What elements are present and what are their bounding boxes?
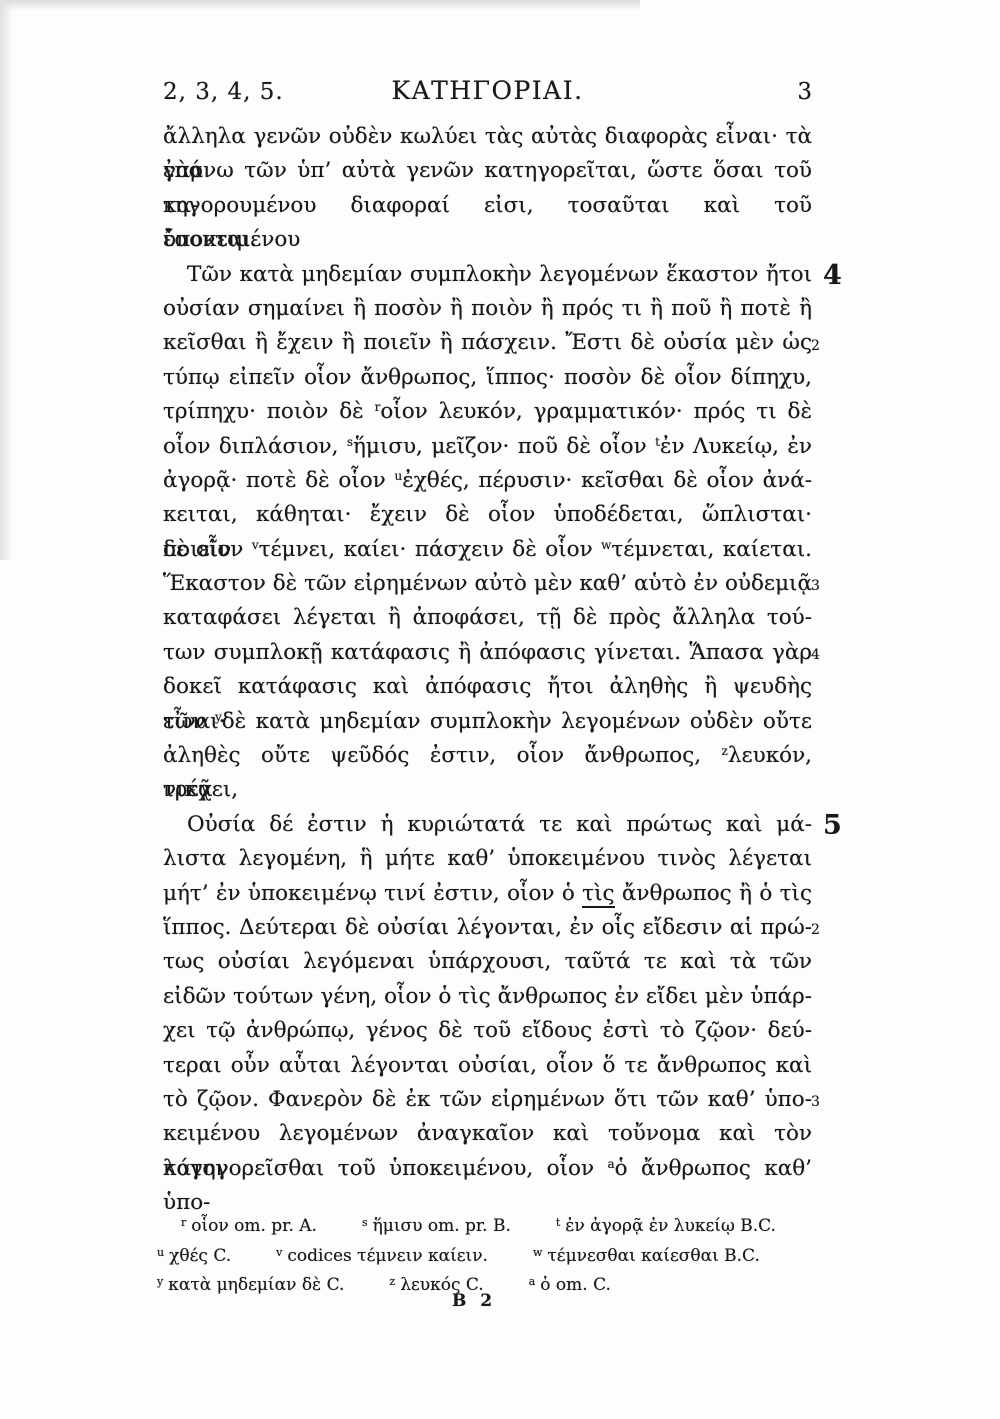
paragraph: Οὐσία δέ ἐστιν ἡ κυριώτατά τε καὶ πρώτως… — [163, 808, 812, 1186]
text-line: τεραι οὖν αὗται λέγονται οὐσίαι, οἷον ὅ … — [163, 1049, 812, 1083]
footnote-text: οἷον om. pr. A. — [191, 1216, 317, 1236]
text-line: οὐσίαν σημαίνει ἢ ποσὸν ἢ ποιὸν ἢ πρός τ… — [163, 292, 812, 326]
margin-section-number: 5 — [823, 808, 867, 842]
footnote-mark: z — [389, 1275, 395, 1288]
footnote-text: τέμνεσθαι καίεσθαι B.C. — [547, 1246, 759, 1266]
text-line: κειται, κάθηται· ἔχειν δὲ οἷον ὑποδέδετα… — [163, 498, 812, 532]
text-line: λιστα λεγομένη, ἣ μήτε καθ’ ὑποκειμένου … — [163, 842, 812, 876]
footnote-row: rοἷον om. pr. A.sἥμισυ om. pr. B.tἐν ἀγο… — [157, 1210, 847, 1240]
text-line: τρίπηχυ· ποιὸν δὲ rοἷον λευκόν, γραμματι… — [163, 395, 812, 429]
line-section-number: 2 — [811, 334, 835, 358]
text-line: ἔσονται. — [163, 223, 812, 257]
footnote-item: wτέμνεσθαι καίεσθαι B.C. — [533, 1240, 760, 1270]
footnote-marker: w — [601, 538, 611, 552]
footnote-text: ἐν ἀγορᾷ ἐν λυκείῳ B.C. — [565, 1216, 776, 1236]
text-line: τύπῳ εἰπεῖν οἷον ἄνθρωπος, ἵππος· ποσὸν … — [163, 361, 812, 395]
text-line: τὸ ζῷον. Φανερὸν δὲ ἐκ τῶν εἰρημένων ὅτι… — [163, 1083, 812, 1117]
text-line: κειμένου λεγομένων ἀναγκαῖον καὶ τοὔνομα… — [163, 1117, 812, 1151]
footnote-row: yκατὰ μηδεμίαν δὲ C.zλευκός C.aὁ om. C. — [157, 1269, 847, 1299]
footnote-text: ὁ om. C. — [540, 1275, 611, 1295]
footnote-mark: v — [276, 1246, 282, 1259]
critical-apparatus: rοἷον om. pr. A.sἥμισυ om. pr. B.tἐν ἀγο… — [157, 1210, 847, 1299]
text-line: Τῶν κατὰ μηδεμίαν συμπλοκὴν λεγομένων ἕκ… — [163, 258, 812, 292]
text-line: μήτ’ ἐν ὑποκειμένῳ τινί ἐστιν, οἷον ὁ τὶ… — [163, 877, 812, 911]
text-line: ἐπάνω τῶν ὑπ’ αὐτὰ γενῶν κατηγορεῖται, ὥ… — [163, 154, 812, 188]
footnote-item: yκατὰ μηδεμίαν δὲ C. — [157, 1269, 344, 1299]
footnote-row: uχθές C.vcodices τέμνειν καίειν.wτέμνεσθ… — [157, 1240, 847, 1270]
text-line: τῶν yδὲ κατὰ μηδεμίαν συμπλοκὴν λεγομένω… — [163, 705, 812, 739]
text-line: ἵππος. Δεύτεραι δὲ οὐσίαι λέγονται, ἐν ο… — [163, 911, 812, 945]
footnote-item: rοἷον om. pr. A. — [181, 1210, 317, 1240]
text-line: καταφάσει λέγεται ἢ ἀποφάσει, τῇ δὲ πρὸς… — [163, 601, 812, 635]
footnote-mark: s — [362, 1216, 368, 1229]
text-line: Οὐσία δέ ἐστιν ἡ κυριώτατά τε καὶ πρώτως… — [163, 808, 812, 842]
line-section-number: 3 — [811, 1090, 835, 1114]
text-line: ἀγορᾷ· ποτὲ δὲ οἷον uἐχθές, πέρυσιν· κεῖ… — [163, 464, 812, 498]
footnote-item: aὁ om. C. — [529, 1269, 611, 1299]
footnote-marker: u — [394, 469, 402, 483]
text-line: κατηγορεῖσθαι τοῦ ὑποκειμένου, οἷον aὁ ἄ… — [163, 1152, 812, 1186]
footnote-marker: s — [347, 435, 353, 449]
text-line: τως οὐσίαι λεγόμεναι ὑπάρχουσι, ταῦτά τε… — [163, 945, 812, 979]
footnote-mark: y — [157, 1275, 163, 1288]
footnote-text: χθές C. — [169, 1246, 231, 1266]
text-line: κεῖσθαι ἢ ἔχειν ἢ ποιεῖν ἢ πάσχειν. Ἔστι… — [163, 326, 812, 360]
scan-artifact-left-edge — [0, 0, 13, 560]
text-line: των συμπλοκῇ κατάφασις ἢ ἀπόφασις γίνετα… — [163, 636, 812, 670]
chapter-numbers: 2, 3, 4, 5. — [163, 79, 284, 105]
line-section-number: 2 — [811, 918, 835, 942]
text-line: χει τῷ ἀνθρώπῳ, γένος δὲ τοῦ εἴδους ἐστὶ… — [163, 1014, 812, 1048]
footnote-mark: r — [181, 1216, 186, 1229]
footnote-item: vcodices τέμνειν καίειν. — [276, 1240, 488, 1270]
footnote-marker: v — [252, 538, 259, 552]
text-block: 2, 3, 4, 5. ΚΑΤΗΓΟΡΙΑΙ. 3 ἄλληλα γενῶν ο… — [163, 76, 812, 105]
line-section-number: 3 — [811, 574, 835, 598]
text-line: τηγορουμένου διαφοραί εἰσι, τοσαῦται καὶ… — [163, 189, 812, 223]
book-page-scan: 2, 3, 4, 5. ΚΑΤΗΓΟΡΙΑΙ. 3 ἄλληλα γενῶν ο… — [0, 0, 1000, 1419]
signature-mark: B 2 — [452, 1291, 496, 1311]
page-title: ΚΑΤΗΓΟΡΙΑΙ. — [391, 76, 583, 105]
footnote-text: κατὰ μηδεμίαν δὲ C. — [168, 1275, 344, 1295]
footnote-mark: w — [533, 1246, 542, 1259]
footnote-text: codices τέμνειν καίειν. — [287, 1246, 488, 1266]
footnote-marker: z — [722, 744, 728, 758]
page-number: 3 — [797, 79, 812, 105]
paragraph: ἄλληλα γενῶν οὐδὲν κωλύει τὰς αὐτὰς διαφ… — [163, 120, 812, 258]
line-section-number: 4 — [811, 643, 835, 667]
footnote-marker: y — [215, 710, 222, 724]
paragraph: Τῶν κατὰ μηδεμίαν συμπλοκὴν λεγομένων ἕκ… — [163, 258, 812, 808]
footnote-mark: u — [157, 1246, 164, 1259]
scan-artifact-top-edge — [0, 0, 640, 11]
footnote-item: uχθές C. — [157, 1240, 231, 1270]
page-header: 2, 3, 4, 5. ΚΑΤΗΓΟΡΙΑΙ. 3 — [163, 76, 812, 105]
footnote-marker: a — [607, 1157, 614, 1171]
text-line: δὲ οἷον vτέμνει, καίει· πάσχειν δὲ οἷον … — [163, 533, 812, 567]
text-line: εἰδῶν τούτων γένη, οἷον ὁ τὶς ἄνθρωπος ἐ… — [163, 980, 812, 1014]
text-line: οἷον διπλάσιον, sἥμισυ, μεῖζον· ποῦ δὲ ο… — [163, 430, 812, 464]
footnote-mark: t — [556, 1216, 560, 1229]
underlined-word: τὶς — [582, 881, 614, 908]
footnote-item: sἥμισυ om. pr. B. — [362, 1210, 511, 1240]
text-body: ἄλληλα γενῶν οὐδὲν κωλύει τὰς αὐτὰς διαφ… — [163, 120, 812, 1186]
footnote-marker: r — [375, 400, 381, 414]
footnote-item: tἐν ἀγορᾷ ἐν λυκείῳ B.C. — [556, 1210, 776, 1240]
margin-section-number: 4 — [823, 258, 867, 292]
text-line: νικᾷ — [163, 773, 812, 807]
text-line: δοκεῖ κατάφασις καὶ ἀπόφασις ἤτοι ἀληθὴς… — [163, 670, 812, 704]
text-line: Ἕκαστον δὲ τῶν εἰρημένων αὐτὸ μὲν καθ’ α… — [163, 567, 812, 601]
footnote-text: ἥμισυ om. pr. B. — [373, 1216, 511, 1236]
text-line: ἀληθὲς οὔτε ψεῦδός ἐστιν, οἷον ἄνθρωπος,… — [163, 739, 812, 773]
text-line: ἄλληλα γενῶν οὐδὲν κωλύει τὰς αὐτὰς διαφ… — [163, 120, 812, 154]
footnote-mark: a — [529, 1275, 536, 1288]
footnote-marker: t — [655, 435, 660, 449]
